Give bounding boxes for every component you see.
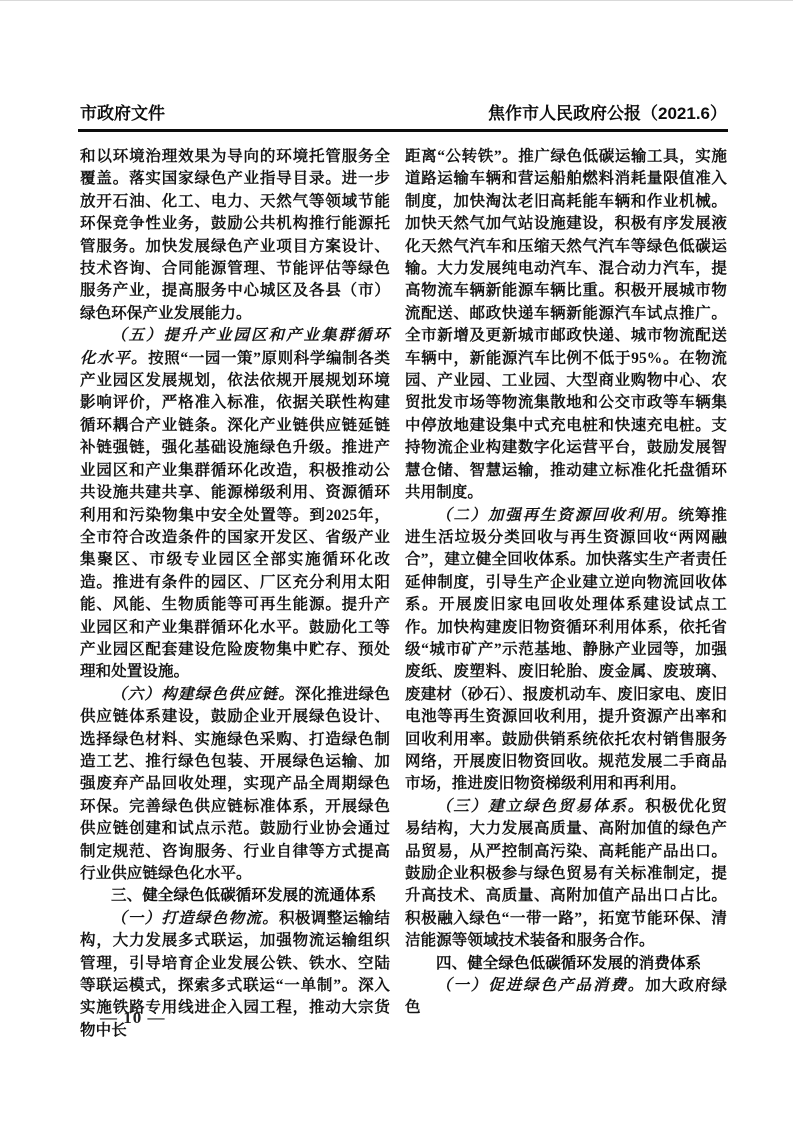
item-lead: （二）加强再生资源回收利用。 [436, 507, 679, 524]
page-header: 市政府文件 焦作市人民政府公报（2021.6） [80, 102, 727, 126]
paragraph: 距离“公转铁”。推广绿色低碳运输工具，实施道路运输车辆和营运船舶燃料消耗量限值准… [405, 146, 727, 505]
paragraph: （二）加强再生资源回收利用。统筹推进生活垃圾分类回收与再生资源回收“两网融合”，… [405, 505, 727, 796]
right-column: 距离“公转铁”。推广绿色低碳运输工具，实施道路运输车辆和营运船舶燃料消耗量限值准… [405, 146, 727, 1042]
paragraph: （五）提升产业园区和产业集群循环化水平。按照“一园一策”原则科学编制各类产业园区… [80, 325, 390, 684]
document-page: 市政府文件 焦作市人民政府公报（2021.6） 和以环境治理效果为导向的环境托管… [0, 0, 793, 1122]
header-gazette-title: 焦作市人民政府公报（2021.6） [488, 102, 727, 126]
section-heading: 三、健全绿色低碳循环发展的流通体系 [80, 885, 390, 907]
header-doc-category: 市政府文件 [80, 102, 165, 126]
paragraph: 和以环境治理效果为导向的环境托管服务全覆盖。落实国家绿色产业指导目录。进一步放开… [80, 146, 390, 325]
item-lead: （五）提升产业园区和产业集群循环化水平。 [80, 327, 390, 366]
paragraph: （三）建立绿色贸易体系。积极优化贸易结构，大力发展高质量、高附加值的绿色产品贸易… [405, 796, 727, 953]
header-divider [78, 129, 728, 132]
paragraph: （一）促进绿色产品消费。加大政府绿色 [405, 975, 727, 1020]
item-lead: （一）促进绿色产品消费。 [436, 977, 645, 994]
paragraph: （六）构建绿色供应链。深化推进绿色供应链体系建设，鼓励企业开展绿色设计、选择绿色… [80, 684, 390, 886]
page-number: — 10 — [100, 1008, 166, 1027]
item-lead: （六）构建绿色供应链。 [111, 686, 295, 703]
section-heading: 四、健全绿色低碳循环发展的消费体系 [405, 953, 727, 975]
item-lead: （一）打造绿色物流。 [111, 910, 279, 927]
left-column: 和以环境治理效果为导向的环境托管服务全覆盖。落实国家绿色产业指导目录。进一步放开… [80, 146, 390, 1042]
page-footer: — 10 — [100, 1008, 166, 1028]
item-lead: （三）建立绿色贸易体系。 [436, 798, 645, 815]
document-body: 和以环境治理效果为导向的环境托管服务全覆盖。落实国家绿色产业指导目录。进一步放开… [80, 146, 727, 1042]
